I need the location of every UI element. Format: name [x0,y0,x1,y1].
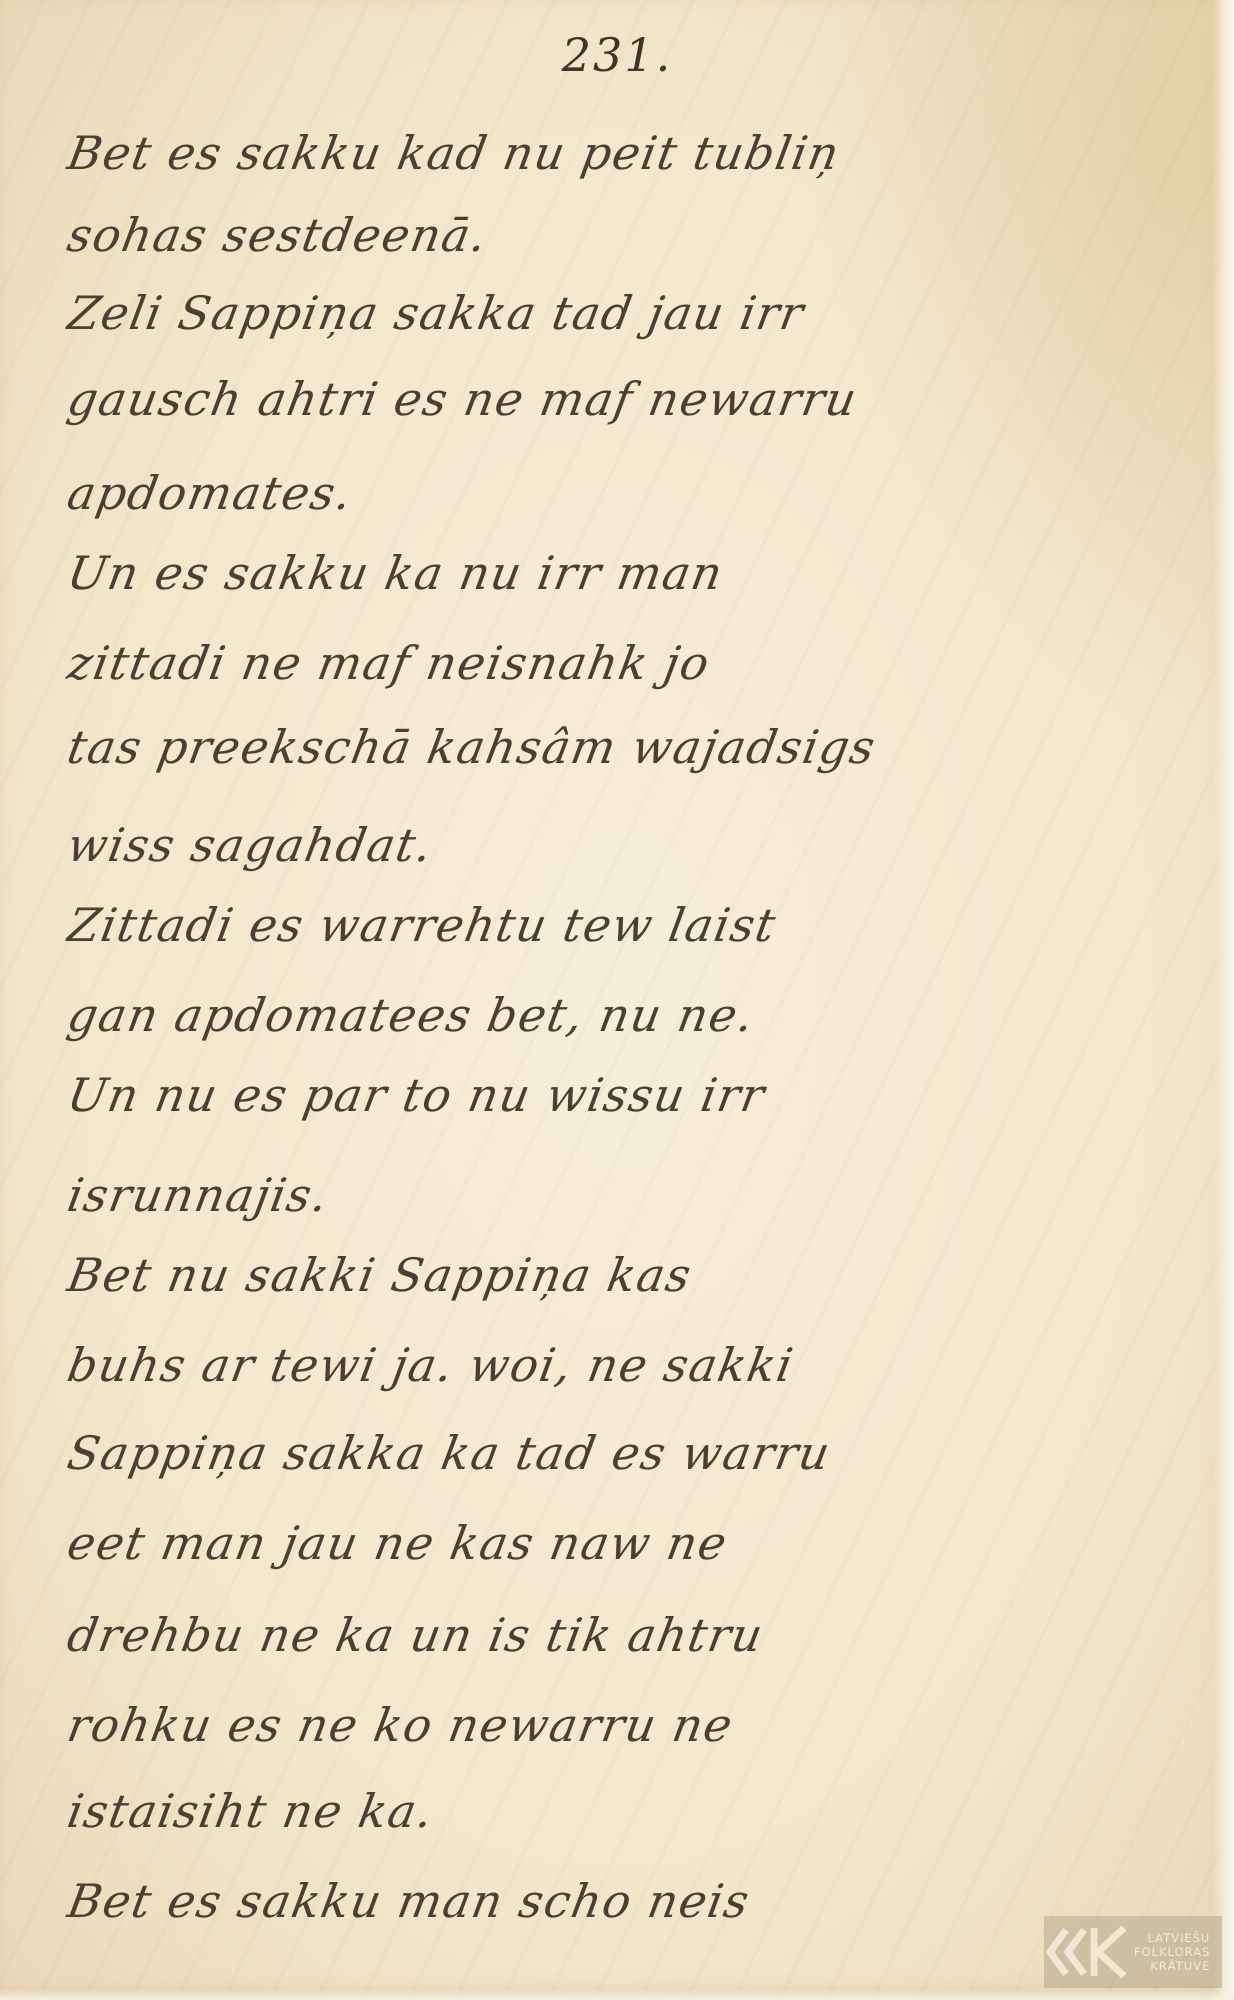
handwritten-line: zittadi ne maf neisnahk jo [62,628,1164,698]
handwritten-line: gan apdomatees bet, nu ne. [62,980,1164,1050]
manuscript-page: 231. Bet es sakku kad nu peit tubliņ soh… [0,0,1234,2000]
handwritten-line: istaisiht ne ka. [62,1776,1164,1846]
handwritten-line: Un nu es par to nu wissu irr [62,1060,1164,1130]
handwritten-line: eet man jau ne kas naw ne [62,1508,1164,1578]
handwritten-line: apdomates. [62,458,1164,528]
archive-watermark-logo: LATVIEŠU FOLKLORAS KRĀTUVE [1044,1916,1222,1988]
handwritten-line: Bet nu sakki Sappiņa kas [62,1240,1164,1310]
handwritten-line: buhs ar tewi ja. woi, ne sakki [62,1330,1164,1400]
handwritten-line: rohku es ne ko newarru ne [62,1690,1164,1760]
handwritten-line: Bet es sakku kad nu peit tubliņ [62,118,1164,188]
handwritten-line: isrunnajis. [62,1160,1164,1230]
lfk-logo-icon [1044,1916,1132,1988]
handwritten-line: Zeli Sappiņa sakka tad jau irr [62,278,1164,348]
handwritten-line: gausch ahtri es ne maf newarru [62,364,1164,434]
handwritten-line: sohas sestdeenā. [62,200,1164,270]
handwritten-line: Un es sakku ka nu irr man [62,538,1164,608]
paper-right-edge [1212,0,1234,2000]
watermark-line: LATVIEŠU [1134,1931,1210,1945]
paper-bottom-edge [0,1988,1234,2000]
page-number: 231. [0,28,1234,82]
handwritten-line: Zittadi es warrehtu tew laist [62,890,1164,960]
handwritten-line: drehbu ne ka un is tik ahtru [62,1600,1164,1670]
handwritten-line: wiss sagahdat. [62,810,1164,880]
handwritten-line: Sappiņa sakka ka tad es warru [62,1418,1164,1488]
watermark-text: LATVIEŠU FOLKLORAS KRĀTUVE [1132,1931,1210,1973]
watermark-line: KRĀTUVE [1134,1959,1210,1973]
watermark-line: FOLKLORAS [1134,1945,1210,1959]
handwritten-line: Bet es sakku man scho neis [62,1866,1164,1936]
handwritten-line: tas preekschā kahsâm wajadsigs [62,712,1164,782]
